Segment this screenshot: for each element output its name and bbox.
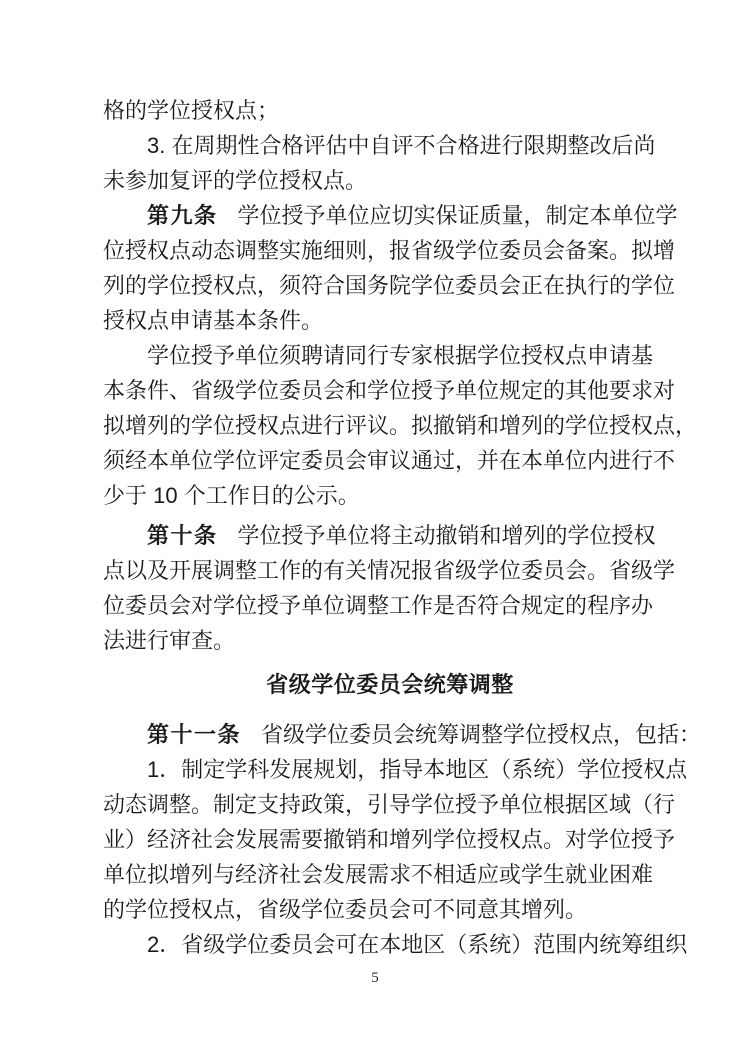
- body-line: 拟增列的学位授权点进行评议。拟撤销和增列的学位授权点，: [103, 408, 683, 443]
- body-line: 业）经济社会发展需要撤销和增列学位授权点。对学位授予: [103, 822, 683, 857]
- body-line: 1．制定学科发展规划，指导本地区（系统）学位授权点: [103, 752, 683, 787]
- article-text: 省级学位委员会统筹调整学位授权点，包括：: [261, 722, 701, 747]
- body-line: 列的学位授权点，须符合国务院学位委员会正在执行的学位: [103, 268, 683, 303]
- body-line: 的学位授权点，省级学位委员会可不同意其增列。: [103, 892, 683, 927]
- body-line: 学位授予单位须聘请同行专家根据学位授权点申请基: [103, 338, 683, 373]
- body-line: 动态调整。制定支持政策，引导学位授予单位根据区域（行: [103, 787, 683, 822]
- document-page: 格的学位授权点； 3. 在周期性合格评估中自评不合格进行限期整改后尚 未参加复评…: [0, 0, 750, 1061]
- article-number: 第十条: [147, 523, 218, 548]
- body-line: 未参加复评的学位授权点。: [103, 163, 683, 198]
- document-body: 格的学位授权点； 3. 在周期性合格评估中自评不合格进行限期整改后尚 未参加复评…: [103, 93, 683, 962]
- article-number: 第九条: [147, 203, 218, 228]
- body-line: 点以及开展调整工作的有关情况报省级学位委员会。省级学: [103, 553, 683, 588]
- page-number: 5: [0, 968, 750, 988]
- body-line: 位委员会对学位授予单位调整工作是否符合规定的程序办: [103, 588, 683, 623]
- body-line: 本条件、省级学位委员会和学位授予单位规定的其他要求对: [103, 373, 683, 408]
- article-text: 学位授予单位应切实保证质量，制定本单位学: [238, 203, 678, 228]
- section-heading: 省级学位委员会统筹调整: [103, 667, 677, 702]
- article-text: 学位授予单位将主动撤销和增列的学位授权: [238, 523, 656, 548]
- body-line: 3. 在周期性合格评估中自评不合格进行限期整改后尚: [103, 128, 683, 163]
- body-line: 法进行审查。: [103, 623, 683, 658]
- body-line: 格的学位授权点；: [103, 93, 683, 128]
- body-line: 第十一条省级学位委员会统筹调整学位授权点，包括：: [103, 717, 683, 752]
- article-number: 第十一条: [147, 722, 241, 747]
- body-line: 第十条学位授予单位将主动撤销和增列的学位授权: [103, 518, 683, 553]
- body-line: 位授权点动态调整实施细则，报省级学位委员会备案。拟增: [103, 233, 683, 268]
- body-line: 少于 10 个工作日的公示。: [103, 478, 683, 513]
- body-line: 单位拟增列与经济社会发展需求不相适应或学生就业困难: [103, 857, 683, 892]
- body-line: 第九条学位授予单位应切实保证质量，制定本单位学: [103, 198, 683, 233]
- body-line: 须经本单位学位评定委员会审议通过，并在本单位内进行不: [103, 443, 683, 478]
- body-line: 2．省级学位委员会可在本地区（系统）范围内统筹组织: [103, 927, 683, 962]
- body-line: 授权点申请基本条件。: [103, 303, 683, 338]
